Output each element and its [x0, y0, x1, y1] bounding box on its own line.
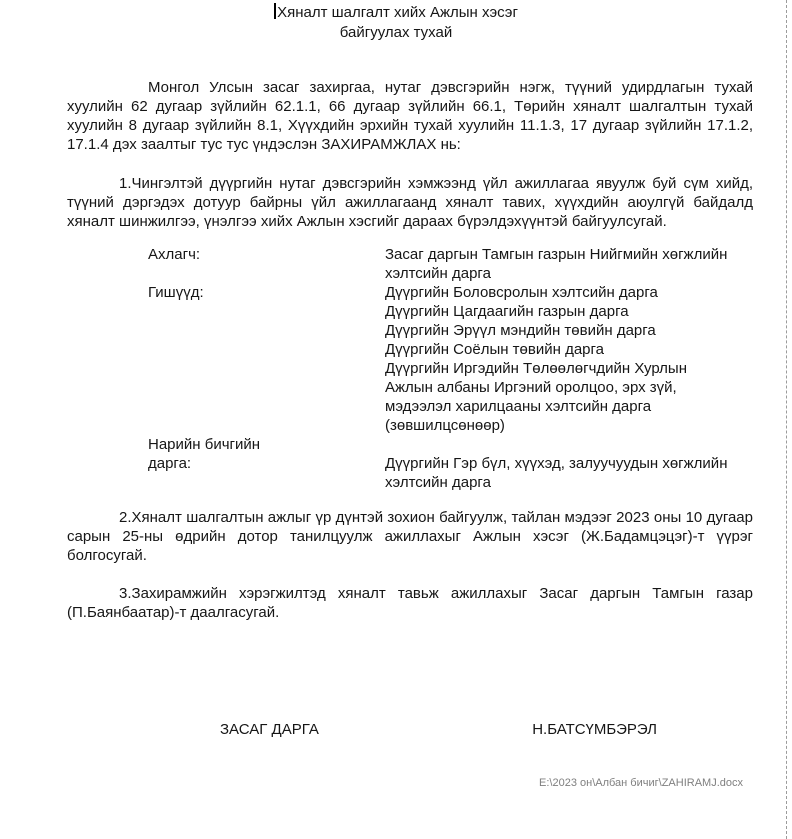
- member-row-members: Гишүүд: Дүүргийн Боловсролын хэлтсийн да…: [67, 283, 753, 435]
- member-value-line[interactable]: хэлтсийн дарга: [385, 264, 753, 283]
- member-value: Дүүргийн Гэр бүл, хүүхэд, залуучуудын хө…: [385, 435, 753, 492]
- directive-item-3[interactable]: 3.Захирамжийн хэрэгжилтэд хяналт тавьж а…: [67, 584, 753, 622]
- role-label-line[interactable]: дарга:: [148, 454, 385, 473]
- member-row-head: Ахлагч: Засаг даргын Тамгын газрын Нийгм…: [67, 245, 753, 283]
- signature-row: ЗАСАГ ДАРГА Н.БАТСҮМБЭРЭЛ: [67, 720, 753, 739]
- member-value-line[interactable]: Дүүргийн Гэр бүл, хүүхэд, залуучуудын хө…: [385, 454, 753, 473]
- member-value-line[interactable]: Дүүргийн Эрүүл мэндийн төвийн дарга: [385, 321, 753, 340]
- title-line-2[interactable]: байгуулах тухай: [0, 23, 792, 43]
- member-value-line[interactable]: Дүүргийн Боловсролын хэлтсийн дарга: [385, 283, 753, 302]
- member-role-label: Гишүүд:: [148, 283, 385, 435]
- role-label-line[interactable]: Ахлагч:: [148, 245, 385, 264]
- role-label-line[interactable]: Гишүүд:: [148, 283, 385, 302]
- document-page[interactable]: Хяналт шалгалт хийх Ажлын хэсэг байгуула…: [0, 0, 792, 839]
- signer-name[interactable]: Н.БАТСҮМБЭРЭЛ: [532, 720, 657, 739]
- member-role-label: Нарийн бичгийн дарга:: [148, 435, 385, 492]
- member-value-line[interactable]: Дүүргийн Иргэдийн Төлөөлөгчдийн Хурлын: [385, 359, 753, 378]
- member-value: Дүүргийн Боловсролын хэлтсийн дарга Дүүр…: [385, 283, 753, 435]
- member-row-secretary: Нарийн бичгийн дарга: Дүүргийн Гэр бүл, …: [67, 435, 753, 492]
- member-value-line[interactable]: мэдээлэл харилцааны хэлтсийн дарга: [385, 397, 753, 416]
- preamble-paragraph[interactable]: Монгол Улсын засаг захиргаа, нутаг дэвсг…: [67, 78, 753, 154]
- member-value-line[interactable]: Дүүргийн Цагдаагийн газрын дарга: [385, 302, 753, 321]
- signer-title[interactable]: ЗАСАГ ДАРГА: [220, 720, 319, 739]
- document-title: Хяналт шалгалт хийх Ажлын хэсэг байгуула…: [0, 0, 792, 43]
- directive-item-1[interactable]: 1.Чингэлтэй дүүргийн нутаг дэвсгэрийн хэ…: [67, 174, 753, 231]
- member-value-line[interactable]: Засаг даргын Тамгын газрын Нийгмийн хөгж…: [385, 245, 753, 264]
- document-footer: E:\2023 он\Албан бичиг\ZAHIRAMJ.docx: [67, 777, 753, 790]
- member-value-line[interactable]: Ажлын албаны Иргэний оролцоо, эрх зүй,: [385, 378, 753, 397]
- member-value-line[interactable]: хэлтсийн дарга: [385, 473, 753, 492]
- member-value: Засаг даргын Тамгын газрын Нийгмийн хөгж…: [385, 245, 753, 283]
- page-edge-dashed-line: [786, 0, 787, 839]
- working-group-list: Ахлагч: Засаг даргын Тамгын газрын Нийгм…: [67, 245, 753, 492]
- directive-item-2[interactable]: 2.Хяналт шалгалтын ажлыг үр дүнтэй зохио…: [67, 508, 753, 565]
- file-path-text[interactable]: E:\2023 он\Албан бичиг\ZAHIRAMJ.docx: [539, 777, 743, 789]
- title-line-1[interactable]: Хяналт шалгалт хийх Ажлын хэсэг: [0, 3, 792, 23]
- title-line-1-text: Хяналт шалгалт хийх Ажлын хэсэг: [277, 4, 518, 21]
- text-cursor-caret: [274, 3, 276, 19]
- member-value-line[interactable]: (зөвшилцсөнөөр): [385, 416, 753, 435]
- member-value-line[interactable]: Дүүргийн Соёлын төвийн дарга: [385, 340, 753, 359]
- role-label-line[interactable]: Нарийн бичгийн: [148, 435, 385, 454]
- member-role-label: Ахлагч:: [148, 245, 385, 283]
- document-body: Монгол Улсын засаг захиргаа, нутаг дэвсг…: [67, 78, 753, 790]
